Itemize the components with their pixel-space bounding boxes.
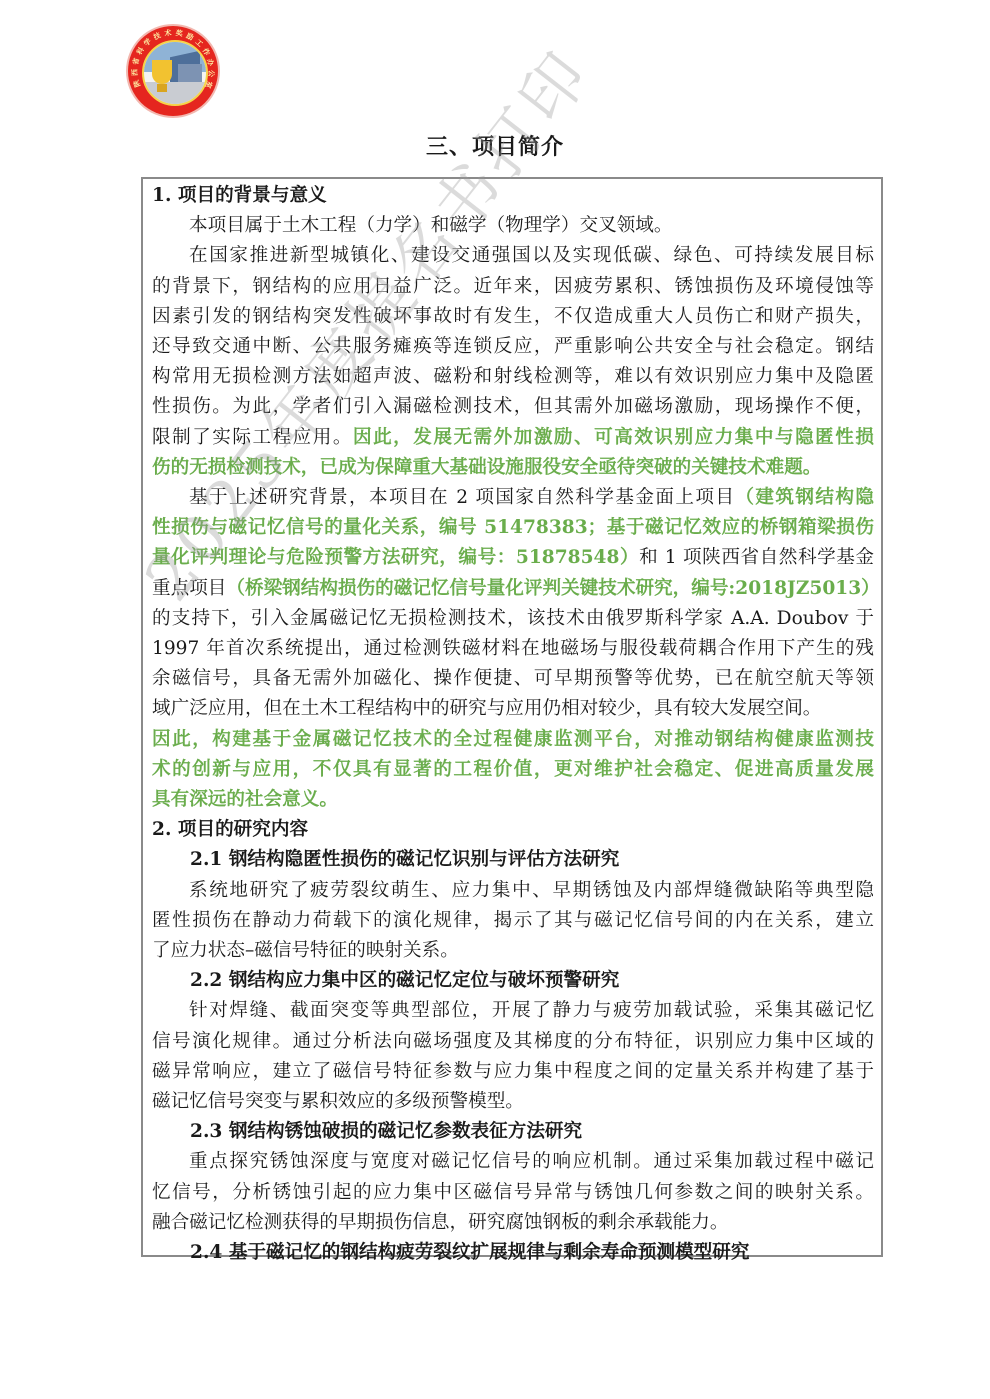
paragraph-line: 1997 年首次系统提出，通过检测铁磁材料在地磁场与服役载荷耦合作用下产生的残 [152,634,874,664]
highlighted-text: （桥梁钢结构损伤的磁记忆信号量化评判关键技术研究，编号:2018JZ5013） [226,578,879,599]
paragraph-line: 性损伤与磁记忆信号的量化关系，编号 51478383；基于磁记忆效应的桥钢箱梁损… [152,513,874,543]
paragraph-line: 限制了实际工程应用。因此，发展无需外加激励、可高效识别应力集中与隐匿性损 [152,423,874,453]
paragraph-line: 余磁信号，具备无需外加磁化、操作便捷、可早期预警等优势，已在航空航天等领 [152,664,874,694]
paragraph-line: 本项目属于土木工程（力学）和磁学（物理学）交叉领域。 [152,211,874,241]
section-heading: 1. 项目的背景与意义 [152,181,874,211]
paragraph-line: 磁异常响应，建立了磁信号特征参数与应力集中程度之间的定量关系并构建了基于 [152,1057,874,1087]
paragraph-line: 因此，构建基于金属磁记忆技术的全过程健康监测平台，对推动钢结构健康监测技 [152,725,874,755]
paragraph-line: 具有深远的社会意义。 [152,785,874,815]
paragraph-line: 忆信号，分析锈蚀引起的应力集中区磁信号异常与锈蚀几何参数之间的映射关系。 [152,1178,874,1208]
highlighted-text: （建筑钢结构隐 [735,487,874,508]
highlighted-text: 具有深远的社会意义。 [152,789,338,810]
paragraph-line: 还导致交通中断、公共服务瘫痪等连锁反应，严重影响公共安全与社会稳定。钢结 [152,332,874,362]
paragraph-line: 了应力状态–磁信号特征的映射关系。 [152,936,874,966]
body-text: 域广泛应用，但在土木工程结构中的研究与应用仍相对较少，具有较大发展空间。 [152,698,821,719]
body-text: 在国家推进新型城镇化、建设交通强国以及实现低碳、绿色、可持续发展目标 [189,245,874,266]
paragraph-line: 术的创新与应用，不仅具有显著的工程价值，更对维护社会稳定、促进高质量发展 [152,755,874,785]
paragraph-line: 的支持下，引入金属磁记忆无损检测技术，该技术由俄罗斯科学家 A.A. Doubo… [152,604,874,634]
paragraph-line: 伤的无损检测技术，已成为保障重大基础设施服役安全亟待突破的关键技术难题。 [152,453,874,483]
paragraph-line: 系统地研究了疲劳裂纹萌生、应力集中、早期锈蚀及内部焊缝微缺陷等典型隐 [152,876,874,906]
subsection-heading: 2.4 基于磁记忆的钢结构疲劳裂纹扩展规律与剩余寿命预测模型研究 [190,1238,874,1268]
body-text: 和 1 项陕西省自然科学基金 [639,547,874,568]
body-text: 的支持下，引入金属磁记忆无损检测技术，该技术由俄罗斯科学家 A.A. Doubo… [152,608,874,629]
paragraph-line: 的背景下，钢结构的应用日益广泛。近年来，因疲劳累积、锈蚀损伤及环境侵蚀等 [152,272,874,302]
body-text: 1997 年首次系统提出，通过检测铁磁材料在地磁场与服役载荷耦合作用下产生的残 [152,638,874,659]
paragraph-line: 因素引发的钢结构突发性破坏事故时有发生，不仅造成重大人员伤亡和财产损失， [152,302,874,332]
paragraph-line: 域广泛应用，但在土木工程结构中的研究与应用仍相对较少，具有较大发展空间。 [152,694,874,724]
paragraph-line: 基于上述研究背景，本项目在 2 项国家自然科学基金面上项目（建筑钢结构隐 [152,483,874,513]
subsection-heading: 2.1 钢结构隐匿性损伤的磁记忆识别与评估方法研究 [190,845,874,875]
paragraph-line: 融合磁记忆检测获得的早期损伤信息，研究腐蚀钢板的剩余承载能力。 [152,1208,874,1238]
paragraph-line: 性损伤。为此，学者们引入漏磁检测技术，但其需外加磁场激励，现场操作不便， [152,392,874,422]
highlighted-text: 伤的无损检测技术，已成为保障重大基础设施服役安全亟待突破的关键技术难题。 [152,457,821,478]
body-text: 性损伤。为此，学者们引入漏磁检测技术，但其需外加磁场激励，现场操作不便， [152,396,874,417]
highlighted-text: 因此，构建基于金属磁记忆技术的全过程健康监测平台，对推动钢结构健康监测技 [152,729,874,750]
body-text: 余磁信号，具备无需外加磁化、操作便捷、可早期预警等优势，已在航空航天等领 [152,668,874,689]
paragraph-line: 重点项目（桥梁钢结构损伤的磁记忆信号量化评判关键技术研究，编号:2018JZ50… [152,574,874,604]
seal-ring-text: 陕西省科学技术奖励工作办公室 [128,26,218,116]
body-text: 还导致交通中断、公共服务瘫痪等连锁反应，严重影响公共安全与社会稳定。钢结 [152,336,874,357]
body-text: 本项目属于土木工程（力学）和磁学（物理学）交叉领域。 [189,215,672,236]
highlighted-text: 性损伤与磁记忆信号的量化关系，编号 51478383；基于磁记忆效应的桥钢箱梁损… [152,517,874,538]
paragraph-line: 在国家推进新型城镇化、建设交通强国以及实现低碳、绿色、可持续发展目标 [152,241,874,271]
organization-seal-icon: 陕西省科学技术奖励工作办公室 [128,26,218,116]
highlighted-text: 量化评判理论与危险预警方法研究，编号：51878548） [152,547,639,568]
subsection-heading: 2.2 钢结构应力集中区的磁记忆定位与破坏预警研究 [190,966,874,996]
body-text: 限制了实际工程应用。 [152,427,353,448]
body-text: 重点项目 [152,578,226,599]
body-text: 的背景下，钢结构的应用日益广泛。近年来，因疲劳累积、锈蚀损伤及环境侵蚀等 [152,276,874,297]
paragraph-line: 匿性损伤在静动力荷载下的演化规律，揭示了其与磁记忆信号间的内在关系，建立 [152,906,874,936]
paragraph-line: 针对焊缝、截面突变等典型部位，开展了静力与疲劳加载试验，采集其磁记忆 [152,996,874,1026]
paragraph-line: 构常用无损检测方法如超声波、磁粉和射线检测等，难以有效识别应力集中及隐匿 [152,362,874,392]
section-heading: 2. 项目的研究内容 [152,815,874,845]
highlighted-text: 术的创新与应用，不仅具有显著的工程价值，更对维护社会稳定、促进高质量发展 [152,759,874,780]
subsection-heading: 2.3 钢结构锈蚀破损的磁记忆参数表征方法研究 [190,1117,874,1147]
highlighted-text: 因此，发展无需外加激励、可高效识别应力集中与隐匿性损 [353,427,874,448]
paragraph-line: 重点探究锈蚀深度与宽度对磁记忆信号的响应机制。通过采集加载过程中磁记 [152,1147,874,1177]
page-title: 三、项目简介 [0,130,990,161]
paragraph-line: 信号演化规律。通过分析法向磁场强度及其梯度的分布特征，识别应力集中区域的 [152,1027,874,1057]
paragraph-line: 量化评判理论与危险预警方法研究，编号：51878548）和 1 项陕西省自然科学… [152,543,874,573]
paragraph-line: 磁记忆信号突变与累积效应的多级预警模型。 [152,1087,874,1117]
body-text: 构常用无损检测方法如超声波、磁粉和射线检测等，难以有效识别应力集中及隐匿 [152,366,874,387]
body-text: 基于上述研究背景，本项目在 2 项国家自然科学基金面上项目 [189,487,735,508]
body-text: 因素引发的钢结构突发性破坏事故时有发生，不仅造成重大人员伤亡和财产损失， [152,306,874,327]
